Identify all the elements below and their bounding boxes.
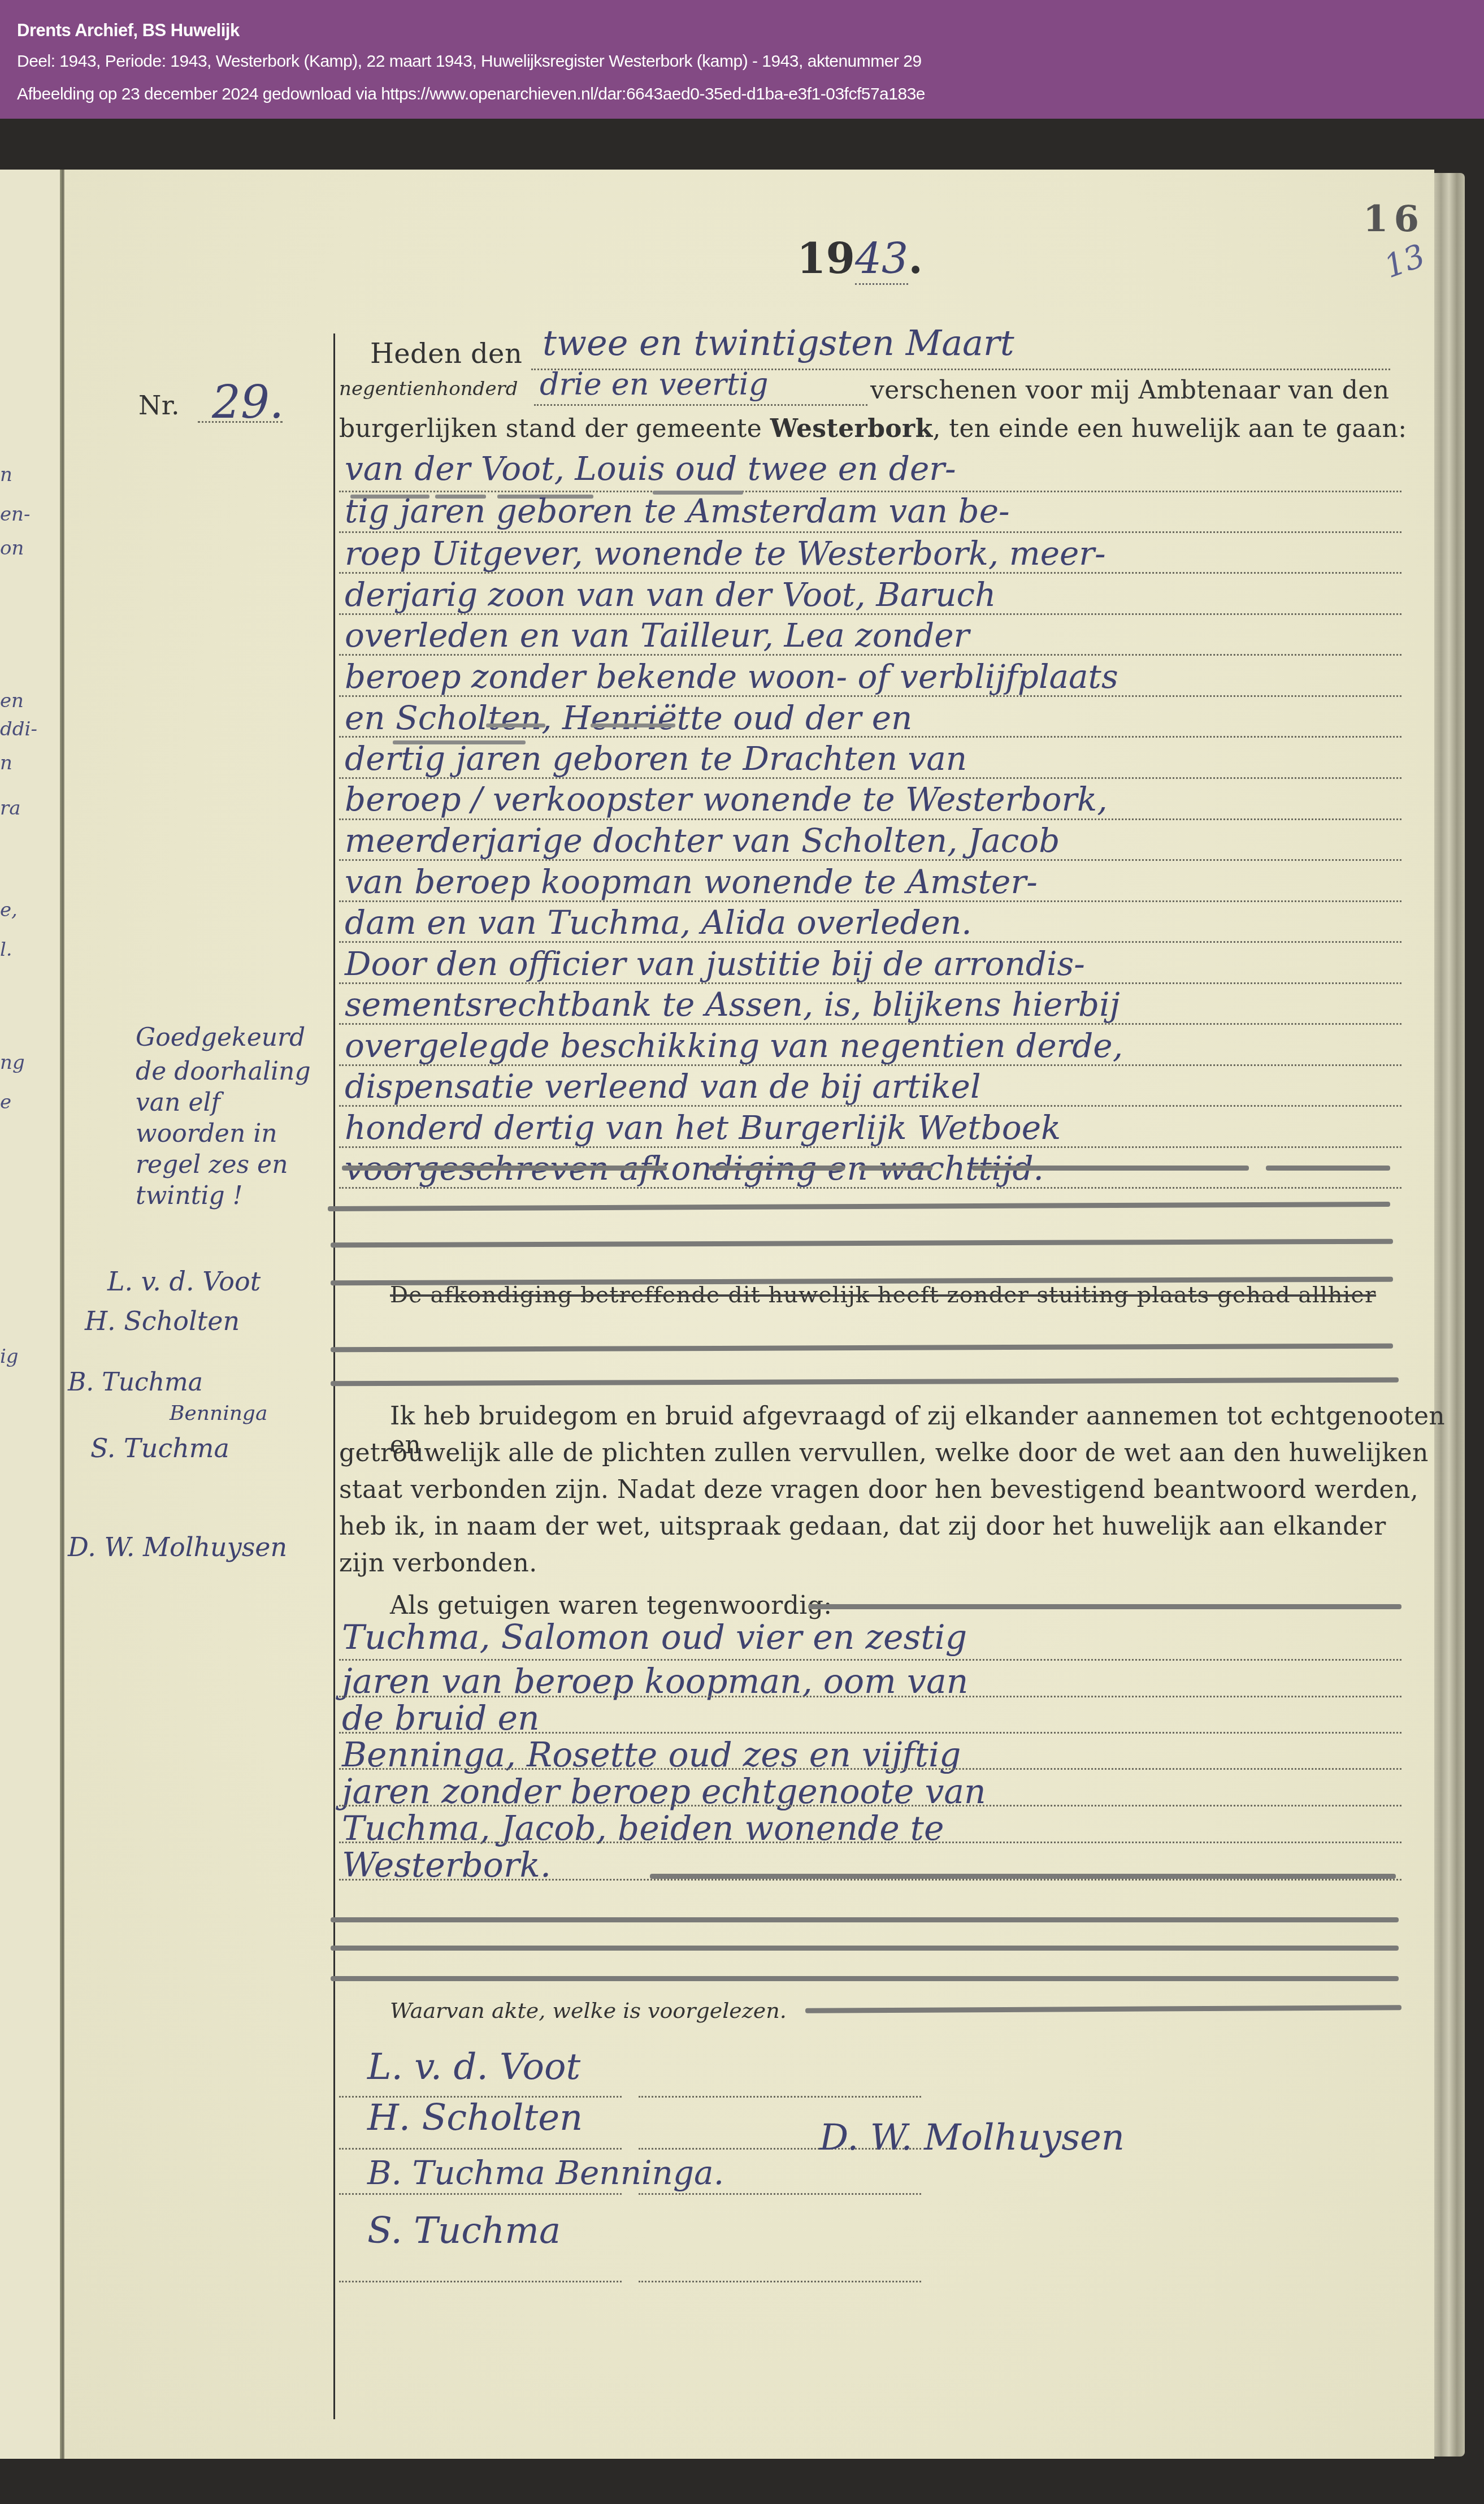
body-line: Door den officier van justitie bij de ar… [345,945,1085,983]
left-page-edge: n en- on en ddi- n ra e, l. ng e ig [0,170,63,2459]
signature-line [339,2148,622,2150]
year-handwritten: 43 [855,235,908,285]
ruled-line [339,900,1401,902]
archive-title: Drents Archief, BS Huwelijk [17,20,240,41]
body-line: beroep / verkoopster wonende te Westerbo… [345,780,1108,818]
fill-bar [650,1874,1396,1879]
ruled-line [339,695,1401,697]
firstname-underline [591,724,675,727]
ruled-line [339,1732,1401,1734]
margin-note-line: Goedgekeurd [136,1023,305,1052]
witness-line: Tuchma, Salomon oud vier en zestig [342,1618,967,1657]
marriage-date-handwritten: twee en twintigsten Maart [543,322,1014,363]
left-page-fragment: n [0,463,12,486]
ruled-line [339,1105,1401,1107]
body-line: overleden en van Tailleur, Lea zonder [345,616,969,655]
heden-den-label: Heden den [370,338,522,370]
vows-line: getrouwelijk alle de plichten zullen ver… [339,1439,1429,1467]
body-line: sementsrechtbank te Assen, is, blijkens … [345,985,1120,1024]
fill-bar [342,1166,410,1171]
register-year: 1943. [797,235,923,283]
ruled-line [339,982,1401,984]
body-line: tig jaren geboren te Amsterdam van be- [345,492,1010,530]
signature-line [339,2281,622,2282]
signature-witness-2: S. Tuchma [367,2210,561,2252]
signature-witness-1: B. Tuchma Benninga. [367,2154,724,2192]
signature-groom: L. v. d. Voot [367,2046,580,2088]
fill-bar [859,1166,932,1171]
ruled-line [339,1879,1401,1881]
fill-bar [709,1166,845,1171]
margin-note-line: regel zes en [136,1150,288,1179]
left-page-fragment: e, [0,899,18,921]
verschenen-text: verschenen voor mij Ambtenaar van den [870,376,1389,405]
body-line: dam en van Tuchma, Alida overleden. [345,903,972,942]
ruled-line [339,859,1401,861]
witnesses-label: Als getuigen waren tegenwoordig: [390,1591,832,1620]
year-printed: 19 [797,235,855,283]
closing-text: Waarvan akte, welke is voorgelezen. [390,1998,787,2023]
left-page-fragment: ddi- [0,718,37,740]
left-page-fragment: e [0,1091,11,1114]
ruled-line [339,1842,1401,1843]
body-line: beroep zonder bekende woon- of verblijfp… [345,657,1118,696]
fill-bar [972,1166,1249,1171]
body-line: dertig jaren geboren te Drachten van [345,739,967,778]
ruled-line [339,777,1401,779]
signature-line [639,2281,921,2282]
year-suffix: . [908,235,923,283]
vows-line: heb ik, in naam der wet, uitspraak gedaa… [339,1512,1386,1541]
body-line: overgelegde beschikking van negentien de… [345,1026,1123,1065]
signature-line [639,2096,921,2098]
vows-line: zijn verbonden. [339,1549,537,1578]
margin-note-line: woorden in [136,1119,277,1148]
ruled-line [339,654,1401,656]
signature-bride: H. Scholten [367,2097,583,2139]
ruled-line [339,941,1401,943]
margin-note-line: twintig ! [136,1181,242,1210]
ruled-line [339,572,1401,574]
act-number-label: Nr. [138,390,180,421]
act-number: 29. [212,376,284,428]
fill-bar [808,1604,1401,1609]
ruled-line [339,1146,1401,1148]
afkondiging-struck-text: De afkondiging betreffende dit huwelijk … [390,1282,1376,1308]
signature-official: D. W. Molhuysen [819,2117,1125,2159]
ruled-line [339,1805,1401,1806]
negentienhonderd-label: negentienhonderd [339,378,518,400]
margin-note-line: de doorhaling [136,1057,311,1086]
ten-einde-text: , ten einde een huwelijk aan te gaan: [933,414,1407,443]
year-line [534,404,867,406]
body-line: meerderjarige dochter van Scholten, Jaco… [345,821,1060,860]
ruled-line [339,531,1401,533]
ruled-line [339,1768,1401,1770]
ruled-line [339,818,1401,820]
archive-header-band: Drents Archief, BS Huwelijk Deel: 1943, … [0,0,1484,119]
margin-signature: D. W. Molhuysen [68,1532,287,1562]
margin-signature: S. Tuchma [90,1433,229,1463]
margin-rule [333,333,335,2419]
record-details: Deel: 1943, Periode: 1943, Westerbork (K… [17,52,922,71]
left-page-fragment: ig [0,1345,19,1368]
left-page-fragment: l. [0,938,12,961]
margin-note-line: van elf [136,1088,220,1117]
body-line: derjarig zoon van van der Voot, Baruch [345,575,996,614]
ruled-line [339,1187,1401,1189]
page-number: 16 [1363,198,1425,240]
ruled-line [339,613,1401,615]
left-page-fragment: ng [0,1051,25,1074]
body-line: roep Uitgever, wonende te Westerbork, me… [345,534,1106,573]
burgerlijken-label: burgerlijken stand der gemeente [339,414,762,443]
fill-bar [1266,1166,1390,1171]
body-line: van beroep koopman wonende te Amster- [345,863,1038,901]
marriage-year-handwritten: drie en veertig [540,366,768,402]
body-line: honderd dertig van het Burgerlijk Wetboe… [345,1108,1061,1147]
signature-line [339,2193,622,2195]
body-line: dispensatie verleend van de bij artikel [345,1067,980,1106]
signature-line [639,2193,921,2195]
fill-bar [331,1976,1399,1981]
margin-signature: L. v. d. Voot [107,1266,261,1297]
ruled-line [339,1064,1401,1066]
left-page-fragment: en- [0,503,31,526]
download-note: Afbeelding op 23 december 2024 gedownloa… [17,85,925,104]
ruled-line [339,1696,1401,1697]
body-line: van der Voot, Louis oud twee en der- [345,449,956,488]
firstname-underline [486,724,545,727]
vows-line: staat verbonden zijn. Nadat deze vragen … [339,1475,1418,1504]
gemeente-name: Westerbork [770,414,933,443]
left-page-fragment: n [0,752,12,774]
ruled-line [339,1023,1401,1025]
fill-bar [418,1166,667,1171]
page-stack-edge [1433,173,1465,2457]
margin-signature: Benninga [170,1402,267,1425]
fill-bar [331,1946,1399,1951]
margin-signature: H. Scholten [85,1306,240,1336]
burgerlijken-text: burgerlijken stand der gemeente Westerbo… [339,414,1407,443]
fill-bar [331,1917,1399,1922]
ruled-line [339,1659,1401,1661]
margin-signature: B. Tuchma [68,1368,203,1397]
left-page-fragment: en [0,690,24,712]
left-page-fragment: on [0,537,24,560]
left-page-fragment: ra [0,797,21,820]
ruled-line [339,736,1401,738]
body-line: en Scholten, Henriëtte oud der en [345,699,912,737]
